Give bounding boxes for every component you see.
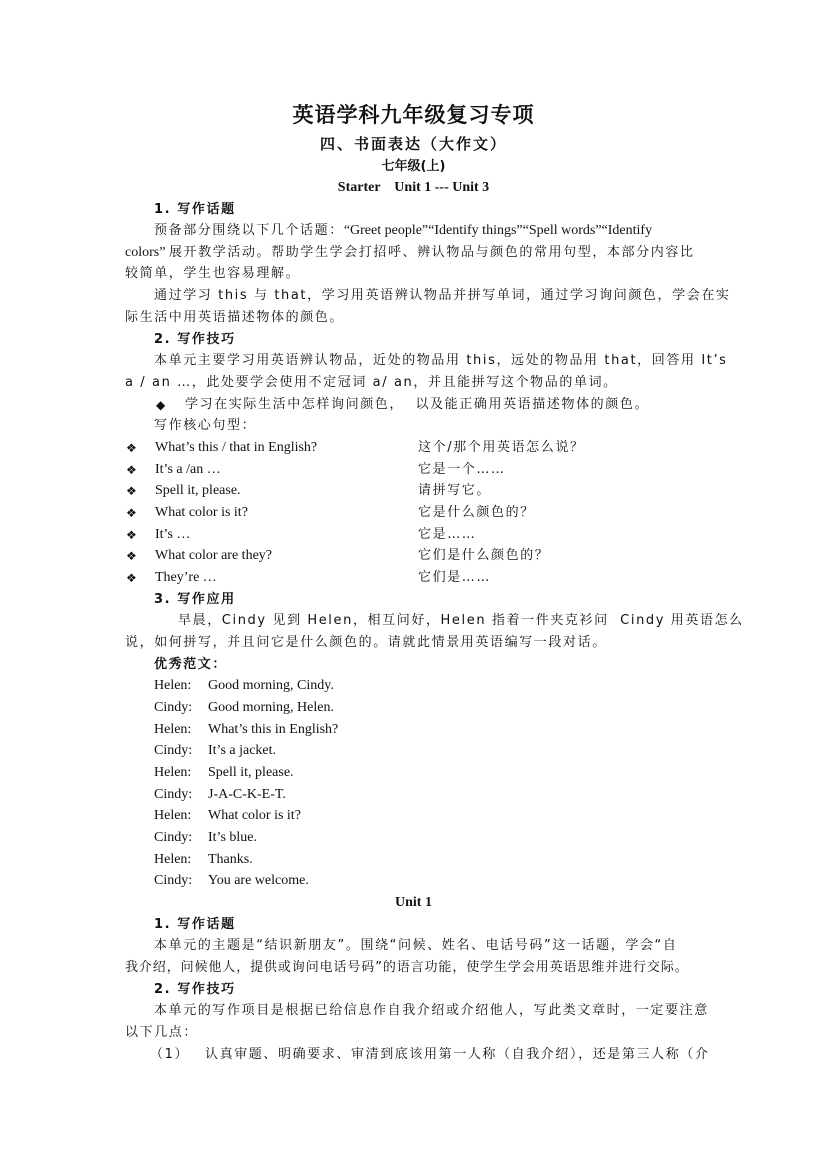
starter-skills-line1: 本单元主要学习用英语辨认物品，近处的物品用 this，远处的物品用 that，回…: [154, 351, 728, 371]
speaker: Helen:: [154, 720, 208, 740]
dialogue-line: Helen:What’s this in English?: [154, 720, 338, 740]
unit1-topic-heading: 1. 写作话题: [154, 915, 236, 935]
sentence-en: What’s this / that in English?: [155, 438, 317, 458]
speaker: Cindy:: [154, 698, 208, 718]
unit1-skills-heading: 2. 写作技巧: [154, 980, 236, 1000]
sentence-zh: 它是一个……: [418, 460, 506, 480]
bullet-icon: ❖: [126, 481, 137, 501]
speaker: Helen:: [154, 850, 208, 870]
speaker: Cindy:: [154, 741, 208, 761]
sample-essay-heading: 优秀范文：: [154, 655, 227, 675]
dialogue-line: Cindy:Good morning, Helen.: [154, 698, 334, 718]
starter-application-line1: 早晨，Cindy 见到 Helen，相互问好，Helen 指着一件夹克衫问 Ci…: [178, 611, 744, 631]
document-title: 英语学科九年级复习专项: [0, 101, 827, 129]
sentence-en: They’re …: [155, 568, 217, 588]
utterance: Good morning, Cindy.: [208, 678, 334, 693]
speaker: Cindy:: [154, 871, 208, 891]
sentence-zh: 请拼写它。: [418, 481, 491, 501]
starter-topic-para2-line2: 际生活中用英语描述物体的颜色。: [125, 308, 344, 328]
bullet-icon: ❖: [126, 503, 137, 523]
sentence-zh: 它是什么颜色的？: [418, 503, 535, 523]
dialogue-line: Helen:What color is it?: [154, 806, 301, 826]
unit1-skills-line2: 以下几点：: [125, 1023, 198, 1043]
unit1-point1-number: （1）: [150, 1045, 189, 1065]
bullet-icon: ❖: [126, 546, 137, 566]
dialogue-line: Cindy:It’s blue.: [154, 828, 257, 848]
sentence-en: Spell it, please.: [155, 481, 241, 501]
bullet-icon: ❖: [126, 525, 137, 545]
sentence-zh: 它是……: [418, 525, 476, 545]
utterance: Thanks.: [208, 852, 253, 867]
core-sentences-label: 写作核心句型：: [154, 416, 256, 436]
unit1-point1-text: 认真审题、明确要求、审清到底该用第一人称（自我介绍），还是第三人称（介: [205, 1045, 710, 1065]
starter-topic-para1-line2: colors” 展开教学活动。帮助学生学会打招呼、辨认物品与颜色的常用句型，本部…: [125, 243, 695, 263]
unit1-skills-line1: 本单元的写作项目是根据已给信息作自我介绍或介绍他人，写此类文章时，一定要注意: [154, 1001, 709, 1021]
sentence-en: What color is it?: [155, 503, 248, 523]
sentence-en: It’s …: [155, 525, 190, 545]
dialogue-line: Helen:Spell it, please.: [154, 763, 294, 783]
bullet-icon: ❖: [126, 568, 137, 588]
section-range: Starter Unit 1 --- Unit 3: [0, 178, 827, 198]
utterance: Spell it, please.: [208, 765, 294, 780]
bullet-icon: ❖: [126, 438, 137, 458]
sentence-zh: 它们是什么颜色的？: [418, 546, 549, 566]
topic-text-en: “Greet people”“Identify things”“Spell wo…: [344, 223, 652, 238]
dialogue-line: Cindy:You are welcome.: [154, 871, 309, 891]
speaker: Helen:: [154, 676, 208, 696]
dialogue-line: Cindy:J-A-C-K-E-T.: [154, 785, 286, 805]
unit1-topic-line2: 我介绍，问候他人，提供或询问电话号码”的语言功能，使学生学会用英语思维并进行交际…: [125, 958, 689, 978]
sentence-en: What color are they?: [155, 546, 272, 566]
starter-topic-para2-line1: 通过学习 this 与 that，学习用英语辨认物品并拼写单词，通过学习询问颜色…: [154, 286, 731, 306]
starter-topic-para1-line1: 预备部分围绕以下几个话题：“Greet people”“Identify thi…: [154, 221, 652, 241]
utterance: It’s a jacket.: [208, 743, 276, 758]
unit1-heading: Unit 1: [0, 893, 827, 913]
starter-topic-para1-line3: 较简单，学生也容易理解。: [125, 264, 300, 284]
speaker: Helen:: [154, 763, 208, 783]
sentence-zh: 它们是……: [418, 568, 491, 588]
starter-skills-line3: 学习在实际生活中怎样询问颜色， 以及能正确用英语描述物体的颜色。: [185, 395, 649, 415]
utterance: Good morning, Helen.: [208, 700, 334, 715]
starter-application-heading: 3. 写作应用: [154, 590, 236, 610]
speaker: Cindy:: [154, 828, 208, 848]
topic-text-zh: 展开教学活动。帮助学生学会打招呼、辨认物品与颜色的常用句型，本部分内容比: [169, 245, 695, 260]
dialogue-line: Helen:Thanks.: [154, 850, 253, 870]
starter-skills-line2: a / an …，此处要学会使用不定冠词 a/ an，并且能拼写这个物品的单词。: [125, 373, 618, 393]
utterance: You are welcome.: [208, 873, 309, 888]
dialogue-line: Helen:Good morning, Cindy.: [154, 676, 334, 696]
diamond-bullet-icon: ◆: [156, 395, 165, 415]
starter-application-line2: 说，如何拼写，并且问它是什么颜色的。请就此情景用英语编写一段对话。: [125, 633, 607, 653]
speaker: Helen:: [154, 806, 208, 826]
speaker: Cindy:: [154, 785, 208, 805]
utterance: It’s blue.: [208, 830, 257, 845]
utterance: What color is it?: [208, 808, 301, 823]
unit1-topic-line1: 本单元的主题是“结识新朋友”。围绕“问候、姓名、电话号码”这一话题，学会“自: [154, 936, 677, 956]
topic-text-zh: 预备部分围绕以下几个话题：: [154, 223, 344, 238]
sentence-zh: 这个/那个用英语怎么说？: [418, 438, 585, 458]
sentence-en: It’s a /an …: [155, 460, 221, 480]
utterance: J-A-C-K-E-T.: [208, 787, 286, 802]
topic-text-en: colors”: [125, 245, 165, 260]
starter-skills-heading: 2. 写作技巧: [154, 330, 236, 350]
grade-label: 七年级(上): [0, 157, 827, 177]
starter-topic-heading: 1. 写作话题: [154, 200, 236, 220]
utterance: What’s this in English?: [208, 722, 338, 737]
document-subtitle: 四、书面表达（大作文）: [0, 133, 827, 155]
bullet-icon: ❖: [126, 460, 137, 480]
dialogue-line: Cindy:It’s a jacket.: [154, 741, 276, 761]
